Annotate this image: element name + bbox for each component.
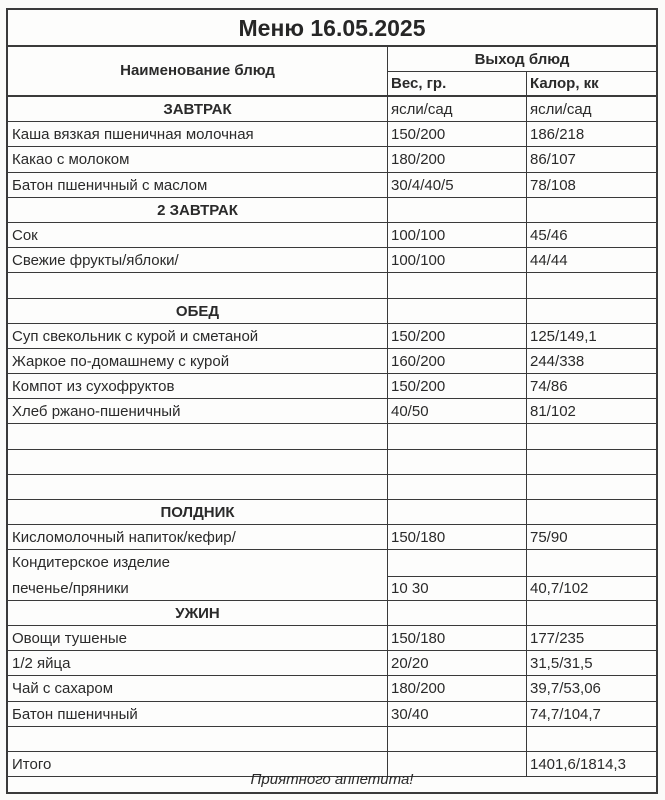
table-row: Чай с сахаром180/20039,7/53,06 xyxy=(8,676,656,701)
table-row: Сок100/10045/46 xyxy=(8,223,656,248)
calories-cell xyxy=(527,500,656,524)
table-row: печенье/пряники10 3040,7/102 xyxy=(8,576,656,601)
dish-name-cell: 2 ЗАВТРАК xyxy=(8,198,388,222)
calories-cell: 40,7/102 xyxy=(527,576,656,600)
weight-cell: 180/200 xyxy=(388,147,527,171)
weight-cell: 150/200 xyxy=(388,374,527,398)
dish-name-cell xyxy=(8,450,388,474)
dish-name-cell xyxy=(8,273,388,297)
weight-cell: 20/20 xyxy=(388,651,527,675)
table-row: Жаркое по-домашнему с курой160/200244/33… xyxy=(8,349,656,374)
weight-cell: 100/100 xyxy=(388,223,527,247)
weight-cell xyxy=(388,601,527,625)
weight-cell: 150/200 xyxy=(388,122,527,146)
table-row: Компот из сухофруктов150/20074/86 xyxy=(8,374,656,399)
dish-name-cell xyxy=(8,727,388,751)
calories-cell: 39,7/53,06 xyxy=(527,676,656,700)
dish-name-cell: Сок xyxy=(8,223,388,247)
menu-table-body: ЗАВТРАКясли/садясли/садКаша вязкая пшени… xyxy=(8,97,656,777)
weight-cell xyxy=(388,273,527,297)
section-row: ОБЕД xyxy=(8,299,656,324)
weight-cell xyxy=(388,198,527,222)
calories-cell xyxy=(527,198,656,222)
table-row: Кисломолочный напиток/кефир/150/18075/90 xyxy=(8,525,656,550)
footer-wish: Приятного аппетита! xyxy=(8,768,656,792)
table-row xyxy=(8,727,656,752)
table-row xyxy=(8,450,656,475)
dish-name-cell: УЖИН xyxy=(8,601,388,625)
dish-name-cell: Чай с сахаром xyxy=(8,676,388,700)
dish-name-cell: Каша вязкая пшеничная молочная xyxy=(8,122,388,146)
menu-title: Меню 16.05.2025 xyxy=(8,10,656,47)
table-row: Суп свекольник с курой и сметаной150/200… xyxy=(8,324,656,349)
header-weight: Вес, гр. xyxy=(388,72,527,97)
table-row: Свежие фрукты/яблоки/100/10044/44 xyxy=(8,248,656,273)
table-row: Каша вязкая пшеничная молочная150/200186… xyxy=(8,122,656,147)
calories-cell: 74/86 xyxy=(527,374,656,398)
weight-cell: 150/180 xyxy=(388,525,527,549)
table-row: Кондитерское изделие xyxy=(8,550,656,575)
weight-cell: 10 30 xyxy=(388,576,527,600)
weight-cell: 150/200 xyxy=(388,324,527,348)
dish-name-cell: Компот из сухофруктов xyxy=(8,374,388,398)
dish-name-cell xyxy=(8,475,388,499)
dish-name-cell: печенье/пряники xyxy=(8,576,388,600)
calories-cell: 45/46 xyxy=(527,223,656,247)
dish-name-cell: 1/2 яйца xyxy=(8,651,388,675)
dish-name-cell: Овощи тушеные xyxy=(8,626,388,650)
weight-cell xyxy=(388,424,527,448)
section-row: УЖИН xyxy=(8,601,656,626)
weight-cell xyxy=(388,475,527,499)
weight-cell xyxy=(388,727,527,751)
dish-name-cell: Суп свекольник с курой и сметаной xyxy=(8,324,388,348)
table-row: 1/2 яйца20/2031,5/31,5 xyxy=(8,651,656,676)
table-row: Батон пшеничный30/4074,7/104,7 xyxy=(8,702,656,727)
calories-cell: 186/218 xyxy=(527,122,656,146)
dish-name-cell: ОБЕД xyxy=(8,299,388,323)
dish-name-cell: ПОЛДНИК xyxy=(8,500,388,524)
menu-sheet: Меню 16.05.2025 Наименование блюд Выход … xyxy=(6,8,658,794)
calories-cell: 125/149,1 xyxy=(527,324,656,348)
calories-cell xyxy=(527,550,656,575)
calories-cell xyxy=(527,601,656,625)
calories-cell: 78/108 xyxy=(527,173,656,197)
weight-cell xyxy=(388,500,527,524)
calories-cell xyxy=(527,424,656,448)
dish-name-cell: Какао с молоком xyxy=(8,147,388,171)
dish-name-cell xyxy=(8,424,388,448)
calories-cell: 74,7/104,7 xyxy=(527,702,656,726)
calories-cell: ясли/сад xyxy=(527,97,656,121)
calories-cell xyxy=(527,475,656,499)
table-row xyxy=(8,424,656,449)
weight-cell: 160/200 xyxy=(388,349,527,373)
weight-cell: 30/40 xyxy=(388,702,527,726)
calories-cell xyxy=(527,727,656,751)
weight-cell: 100/100 xyxy=(388,248,527,272)
section-row: ПОЛДНИК xyxy=(8,500,656,525)
dish-name-cell: Хлеб ржано-пшеничный xyxy=(8,399,388,423)
weight-cell: 180/200 xyxy=(388,676,527,700)
calories-cell: 44/44 xyxy=(527,248,656,272)
dish-name-cell: ЗАВТРАК xyxy=(8,97,388,121)
table-row xyxy=(8,273,656,298)
calories-cell: 86/107 xyxy=(527,147,656,171)
table-row xyxy=(8,475,656,500)
table-row: Какао с молоком180/20086/107 xyxy=(8,147,656,172)
weight-cell: 30/4/40/5 xyxy=(388,173,527,197)
dish-name-cell: Батон пшеничный xyxy=(8,702,388,726)
table-row: Батон пшеничный с маслом30/4/40/578/108 xyxy=(8,173,656,198)
header-calories: Калор, кк xyxy=(527,72,656,97)
dish-name-cell: Батон пшеничный с маслом xyxy=(8,173,388,197)
header-dish-name: Наименование блюд xyxy=(8,47,388,97)
section-row: 2 ЗАВТРАК xyxy=(8,198,656,223)
weight-cell: ясли/сад xyxy=(388,97,527,121)
section-row: ЗАВТРАКясли/садясли/сад xyxy=(8,97,656,122)
calories-cell: 177/235 xyxy=(527,626,656,650)
calories-cell: 244/338 xyxy=(527,349,656,373)
dish-name-cell: Жаркое по-домашнему с курой xyxy=(8,349,388,373)
table-row: Овощи тушеные150/180177/235 xyxy=(8,626,656,651)
dish-name-cell: Кисломолочный напиток/кефир/ xyxy=(8,525,388,549)
calories-cell: 75/90 xyxy=(527,525,656,549)
table-row: Хлеб ржано-пшеничный40/5081/102 xyxy=(8,399,656,424)
dish-name-cell: Свежие фрукты/яблоки/ xyxy=(8,248,388,272)
calories-cell: 81/102 xyxy=(527,399,656,423)
weight-cell: 150/180 xyxy=(388,626,527,650)
calories-cell xyxy=(527,273,656,297)
weight-cell xyxy=(388,299,527,323)
calories-cell xyxy=(527,450,656,474)
weight-cell xyxy=(388,450,527,474)
header-output-group: Выход блюд xyxy=(388,47,656,72)
dish-name-cell: Кондитерское изделие xyxy=(8,550,388,575)
weight-cell xyxy=(388,550,527,575)
calories-cell xyxy=(527,299,656,323)
weight-cell: 40/50 xyxy=(388,399,527,423)
calories-cell: 31,5/31,5 xyxy=(527,651,656,675)
